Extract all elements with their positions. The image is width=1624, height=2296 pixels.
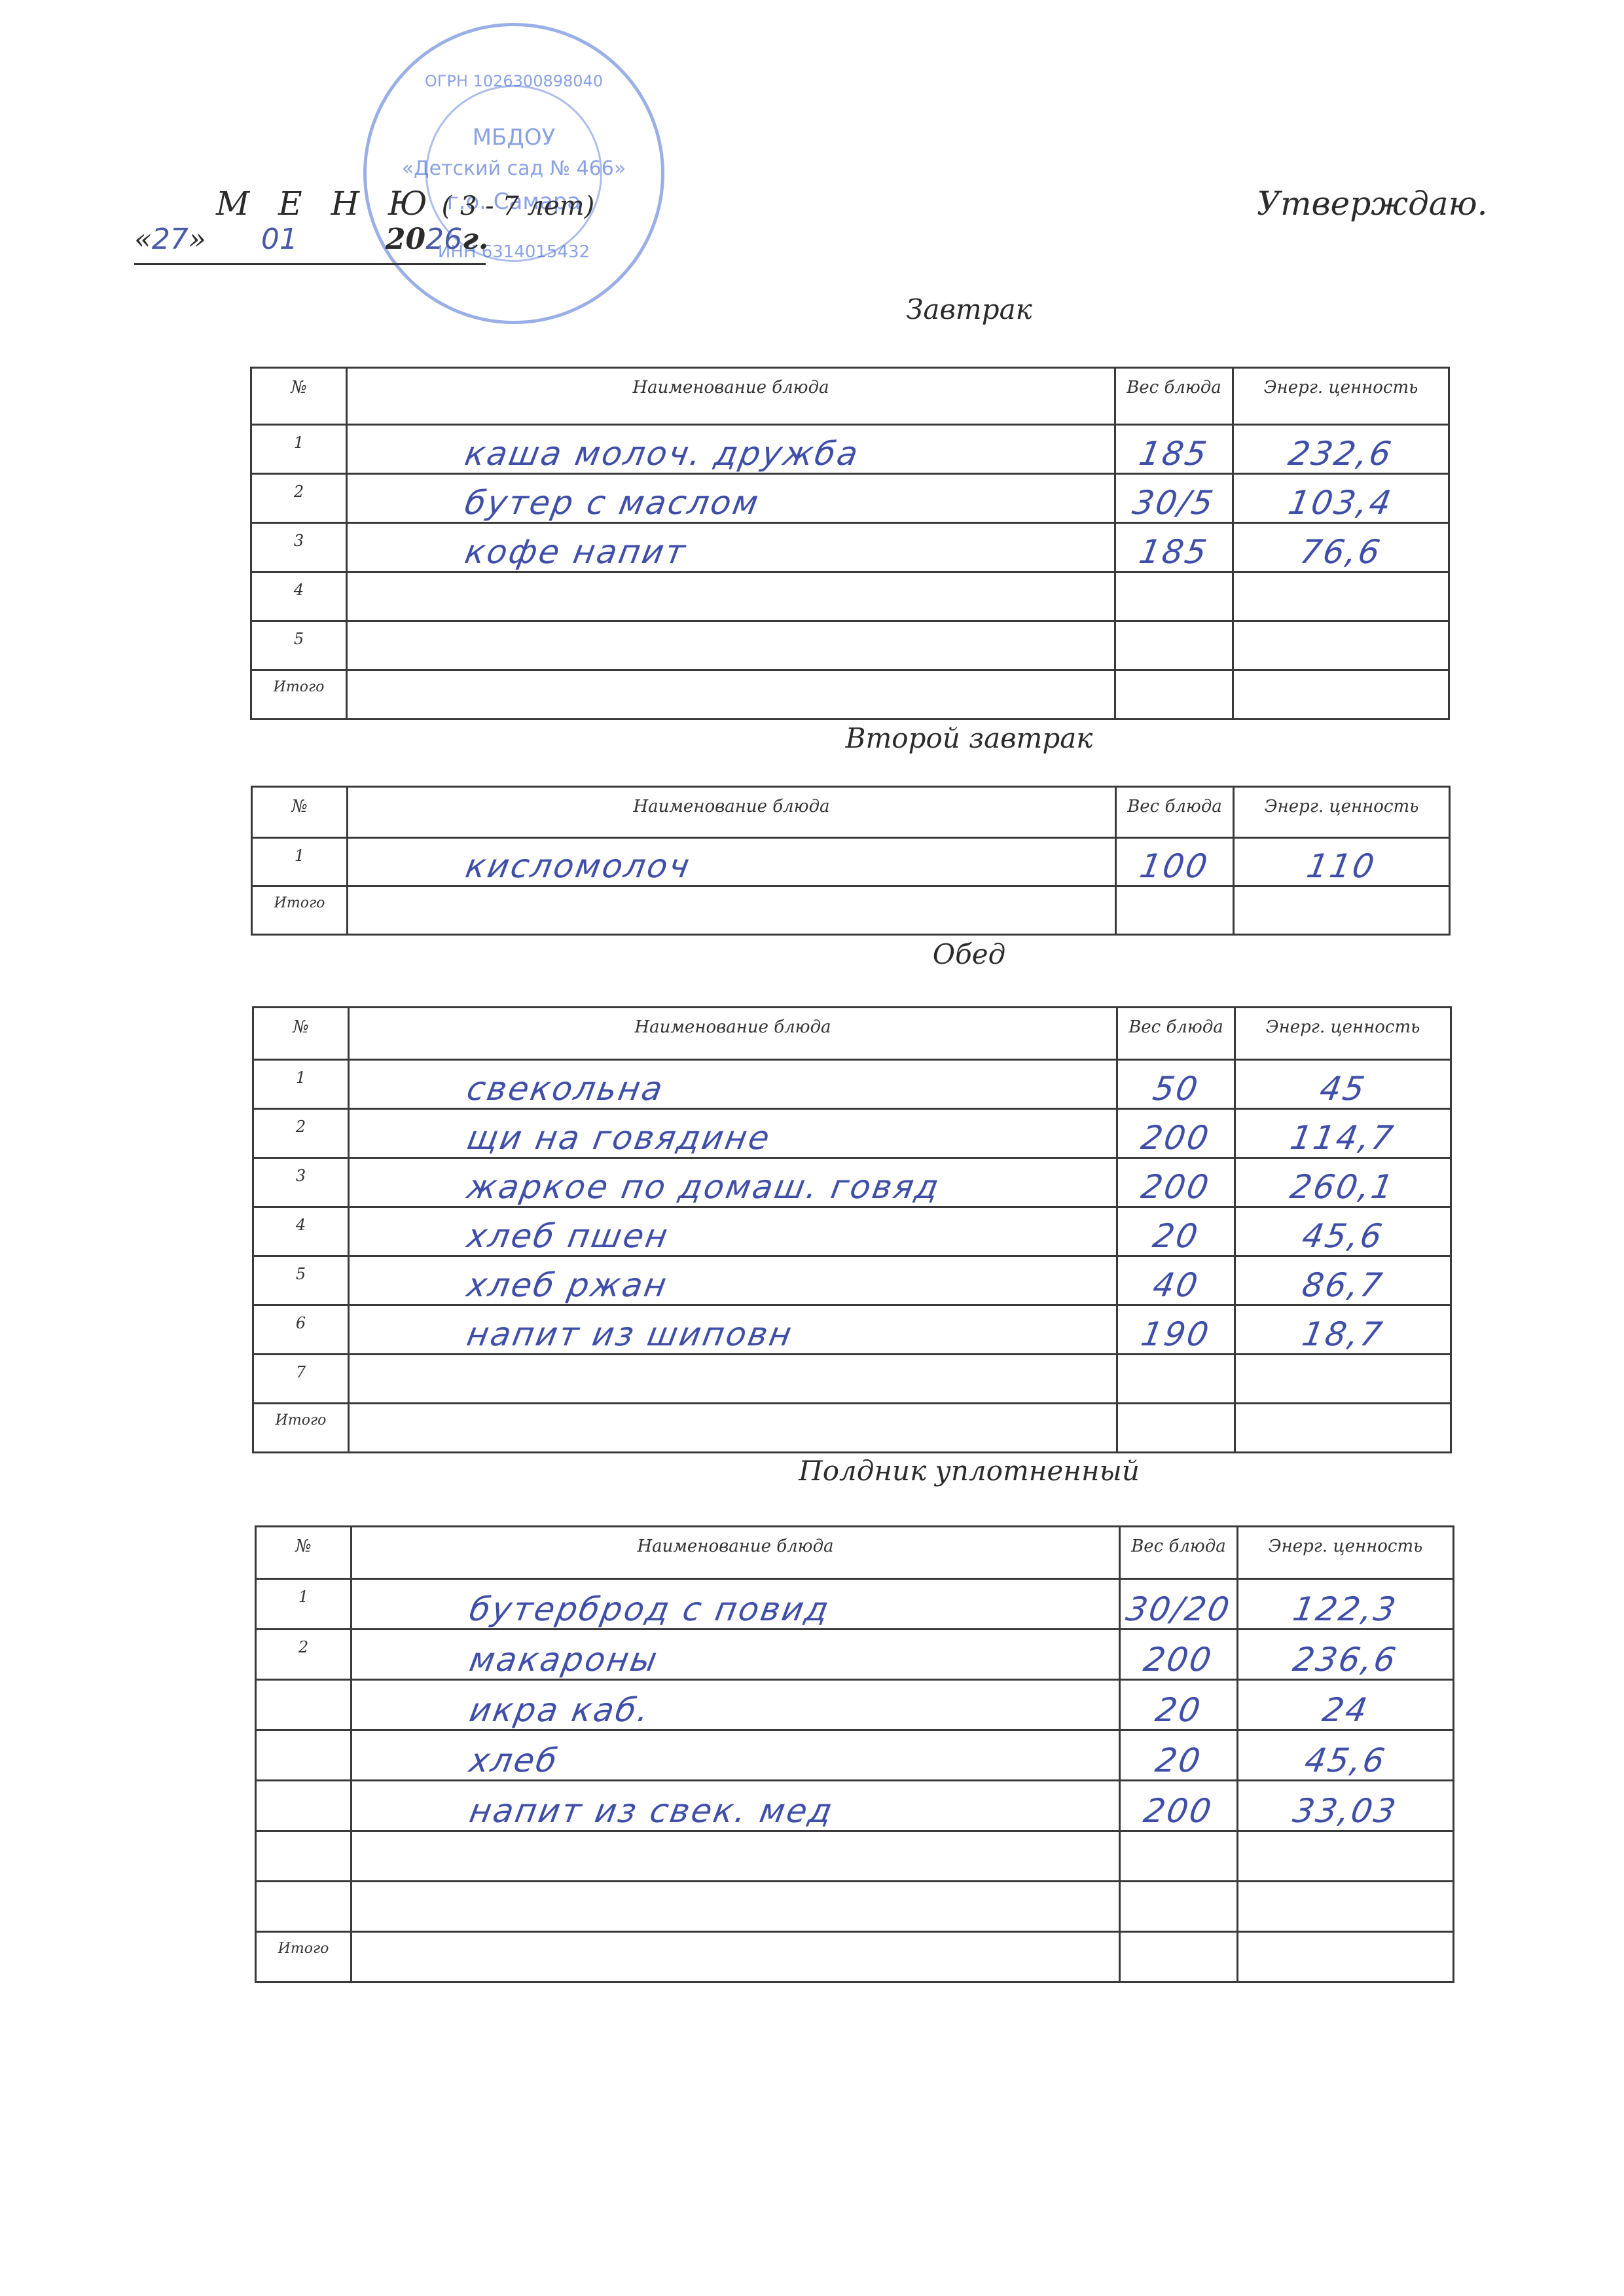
dish-name: бутер с маслом	[462, 484, 763, 522]
dish-weight: 200	[1141, 1641, 1216, 1679]
dish-energy-cell[interactable]: 232,6	[1233, 425, 1449, 474]
dish-weight-cell[interactable]: 50	[1117, 1060, 1235, 1109]
date-day: 27	[152, 223, 189, 256]
total-weight-cell[interactable]	[1116, 886, 1234, 935]
date-underline	[134, 263, 486, 265]
column-header-name: Наименование блюда	[348, 787, 1116, 838]
menu-table: №Наименование блюдаВес блюдаЭнерг. ценно…	[252, 1006, 1452, 1453]
column-header-energy: Энерг. ценность	[1233, 368, 1449, 425]
column-header-num: №	[256, 1527, 352, 1579]
dish-name-cell[interactable]: макароны	[352, 1630, 1120, 1680]
table-row: хлеб2045,6	[256, 1730, 1454, 1781]
dish-weight-cell[interactable]: 190	[1117, 1305, 1235, 1355]
table-row	[256, 1882, 1454, 1932]
dish-name-cell[interactable]: каша молоч. дружба	[347, 425, 1115, 474]
total-row: Итого	[253, 1404, 1451, 1453]
total-label: Итого	[253, 1404, 349, 1453]
dish-weight: 100	[1137, 847, 1212, 885]
date-year-label: г.	[462, 223, 488, 256]
column-header-energy: Энерг. ценность	[1238, 1527, 1454, 1579]
dish-name-cell[interactable]	[347, 621, 1115, 670]
dish-name-cell[interactable]: кисломолоч	[348, 838, 1116, 886]
dish-name: напит из шиповн	[464, 1315, 796, 1353]
total-label: Итого	[252, 886, 348, 935]
row-number	[256, 1730, 352, 1781]
row-number: 1	[256, 1579, 352, 1630]
dish-weight-cell[interactable]: 200	[1120, 1630, 1238, 1680]
date-open-quote: «	[134, 223, 152, 256]
dish-weight-cell[interactable]	[1117, 1355, 1235, 1404]
dish-weight-cell[interactable]: 30/5	[1115, 474, 1233, 523]
dish-name-cell[interactable]: бутерброд с повид	[352, 1579, 1120, 1630]
dish-energy-cell[interactable]: 45	[1235, 1060, 1451, 1109]
date-month: 01	[261, 223, 298, 256]
column-header-weight: Вес блюда	[1115, 368, 1233, 425]
dish-weight: 40	[1150, 1266, 1202, 1304]
row-number: 1	[253, 1060, 349, 1109]
dish-name-cell[interactable]	[352, 1831, 1120, 1882]
dish-name-cell[interactable]	[352, 1882, 1120, 1932]
dish-weight-cell[interactable]: 30/20	[1120, 1579, 1238, 1630]
official-stamp: ОГРН 1026300898040 МБДОУ «Детский сад № …	[363, 23, 664, 324]
dish-name-cell[interactable]: хлеб	[352, 1730, 1120, 1781]
dish-weight: 20	[1153, 1741, 1205, 1779]
total-weight-cell[interactable]	[1120, 1932, 1238, 1982]
column-header-energy: Энерг. ценность	[1235, 1008, 1451, 1060]
dish-name-cell[interactable]: свекольна	[349, 1060, 1117, 1109]
dish-name-cell[interactable]: хлеб ржан	[349, 1256, 1117, 1305]
dish-energy-cell[interactable]: 103,4	[1233, 474, 1449, 523]
total-weight-cell[interactable]	[1117, 1404, 1235, 1453]
table-row: 2макароны200236,6	[256, 1630, 1454, 1680]
column-header-num: №	[253, 1008, 349, 1060]
dish-name-cell[interactable]: хлеб пшен	[349, 1207, 1117, 1256]
dish-energy: 18,7	[1299, 1315, 1387, 1353]
column-header-name: Наименование блюда	[349, 1008, 1117, 1060]
dish-weight-cell[interactable]: 200	[1117, 1158, 1235, 1207]
dish-weight-cell[interactable]	[1120, 1882, 1238, 1932]
dish-energy: 45,6	[1302, 1741, 1390, 1779]
dish-energy: 110	[1304, 847, 1379, 885]
dish-weight: 20	[1153, 1691, 1205, 1729]
dish-weight-cell[interactable]: 185	[1115, 425, 1233, 474]
dish-energy-cell[interactable]: 45,6	[1238, 1730, 1454, 1781]
total-energy-cell[interactable]	[1234, 886, 1450, 935]
total-name-cell[interactable]	[348, 886, 1116, 935]
dish-weight: 30/20	[1123, 1590, 1234, 1628]
dish-energy-cell[interactable]	[1238, 1831, 1454, 1882]
column-header-weight: Вес блюда	[1116, 787, 1234, 838]
total-energy-cell[interactable]	[1235, 1404, 1451, 1453]
dish-energy-cell[interactable]	[1233, 572, 1449, 621]
dish-weight: 20	[1150, 1217, 1202, 1255]
table-row: 2щи на говядине200114,7	[253, 1109, 1451, 1158]
table-row: 1бутерброд с повид30/20122,3	[256, 1579, 1454, 1630]
dish-name: хлеб пшен	[464, 1217, 672, 1255]
dish-energy: 33,03	[1290, 1792, 1400, 1830]
row-number: 1	[251, 425, 347, 474]
table-row: напит из свек. мед20033,03	[256, 1781, 1454, 1831]
date-year-prefix: 20	[386, 223, 425, 256]
dish-weight-cell[interactable]: 100	[1116, 838, 1234, 886]
stamp-center-line2: «Детский сад № 466»	[367, 157, 661, 180]
table-row: 4	[251, 572, 1449, 621]
dish-energy: 232,6	[1286, 435, 1396, 473]
row-number	[256, 1680, 352, 1730]
dish-name: жаркое по домаш. говяд	[464, 1168, 943, 1206]
row-number	[256, 1781, 352, 1831]
row-number	[256, 1831, 352, 1882]
dish-weight-cell[interactable]	[1115, 621, 1233, 670]
menu-title: М Е Н Ю( 3 - 7 лет)	[216, 185, 594, 223]
stamp-ogrn: ОГРН 1026300898040	[367, 72, 661, 90]
dish-name: кисломолоч	[463, 847, 694, 885]
row-number: 1	[252, 838, 348, 886]
section-title: Завтрак	[157, 293, 1624, 325]
menu-table: №Наименование блюдаВес блюдаЭнерг. ценно…	[255, 1525, 1454, 1983]
dish-energy: 236,6	[1290, 1641, 1400, 1679]
dish-weight-cell[interactable]: 200	[1120, 1781, 1238, 1831]
total-energy-cell[interactable]	[1238, 1932, 1454, 1982]
total-name-cell[interactable]	[352, 1932, 1120, 1982]
dish-name: хлеб ржан	[464, 1266, 671, 1304]
dish-name: свекольна	[464, 1070, 668, 1108]
row-number	[256, 1882, 352, 1932]
dish-weight: 200	[1138, 1119, 1214, 1157]
table-row: 1кисломолоч100110	[252, 838, 1450, 886]
row-number: 7	[253, 1355, 349, 1404]
dish-energy-cell[interactable]: 33,03	[1238, 1781, 1454, 1831]
dish-weight-cell[interactable]: 200	[1117, 1109, 1235, 1158]
dish-name: напит из свек. мед	[467, 1792, 837, 1830]
date-field: «27» 01 2026г.	[134, 223, 488, 256]
table-row: 7	[253, 1355, 1451, 1404]
dish-weight-cell[interactable]	[1120, 1831, 1238, 1882]
row-number: 4	[253, 1207, 349, 1256]
dish-weight-cell[interactable]	[1115, 572, 1233, 621]
stamp-center-line1: МБДОУ	[367, 124, 661, 151]
dish-name-cell[interactable]: напит из шиповн	[349, 1305, 1117, 1355]
dish-name-cell[interactable]: икра каб.	[352, 1680, 1120, 1730]
dish-energy-cell[interactable]: 110	[1234, 838, 1450, 886]
table-row: 1свекольна5045	[253, 1060, 1451, 1109]
row-number: 4	[251, 572, 347, 621]
dish-name-cell[interactable]: жаркое по домаш. говяд	[349, 1158, 1117, 1207]
approve-label: Утверждаю.	[1257, 185, 1488, 223]
section-title: Полдник уплотненный	[157, 1455, 1624, 1487]
dish-weight: 200	[1141, 1792, 1216, 1830]
total-label: Итого	[256, 1932, 352, 1982]
dish-weight-cell[interactable]: 20	[1120, 1730, 1238, 1781]
dish-weight: 185	[1136, 435, 1212, 473]
table-header-row: №Наименование блюдаВес блюдаЭнерг. ценно…	[253, 1008, 1451, 1060]
total-name-cell[interactable]	[349, 1404, 1117, 1453]
dish-energy: 45,6	[1299, 1217, 1387, 1255]
dish-energy-cell[interactable]: 114,7	[1235, 1109, 1451, 1158]
table-row: 2бутер с маслом30/5103,4	[251, 474, 1449, 523]
column-header-weight: Вес блюда	[1120, 1527, 1238, 1579]
row-number: 2	[251, 474, 347, 523]
dish-weight: 50	[1150, 1070, 1202, 1108]
dish-name: макароны	[467, 1641, 662, 1679]
dish-energy-cell[interactable]: 122,3	[1238, 1579, 1454, 1630]
date-year-suffix: 26	[425, 223, 462, 256]
table-row: 5хлеб ржан4086,7	[253, 1256, 1451, 1305]
dish-energy: 45	[1317, 1070, 1369, 1108]
column-header-name: Наименование блюда	[352, 1527, 1120, 1579]
dish-name: щи на говядине	[464, 1119, 774, 1157]
section-title: Второй завтрак	[157, 722, 1624, 754]
column-header-energy: Энерг. ценность	[1234, 787, 1450, 838]
table-row: 3кофе напит18576,6	[251, 523, 1449, 572]
dish-energy: 103,4	[1286, 484, 1396, 522]
table-row: икра каб.2024	[256, 1680, 1454, 1730]
dish-energy-cell[interactable]: 86,7	[1235, 1256, 1451, 1305]
date-close-quote: »	[189, 223, 206, 256]
dish-energy-cell[interactable]	[1233, 621, 1449, 670]
age-range: ( 3 - 7 лет)	[442, 191, 595, 221]
section-title: Обед	[157, 938, 1624, 970]
dish-weight: 200	[1138, 1168, 1214, 1206]
dish-name: икра каб.	[467, 1691, 654, 1729]
dish-name: бутерброд с повид	[467, 1590, 833, 1628]
dish-weight: 185	[1136, 533, 1212, 571]
dish-energy: 86,7	[1299, 1266, 1387, 1304]
total-row: Итого	[256, 1932, 1454, 1982]
row-number: 3	[251, 523, 347, 572]
menu-table: №Наименование блюдаВес блюдаЭнерг. ценно…	[250, 367, 1450, 720]
row-number: 2	[256, 1630, 352, 1680]
dish-name-cell[interactable]: бутер с маслом	[347, 474, 1115, 523]
table-header-row: №Наименование блюдаВес блюдаЭнерг. ценно…	[251, 368, 1449, 425]
dish-weight-cell[interactable]: 20	[1117, 1207, 1235, 1256]
table-row: 6напит из шиповн19018,7	[253, 1305, 1451, 1355]
dish-weight-cell[interactable]: 40	[1117, 1256, 1235, 1305]
table-header-row: №Наименование блюдаВес блюдаЭнерг. ценно…	[252, 787, 1450, 838]
dish-energy: 114,7	[1288, 1119, 1398, 1157]
total-energy-cell[interactable]	[1233, 670, 1449, 720]
dish-name: каша молоч. дружба	[462, 435, 863, 473]
column-header-num: №	[252, 787, 348, 838]
dish-name-cell[interactable]: напит из свек. мед	[352, 1781, 1120, 1831]
table-row: 5	[251, 621, 1449, 670]
total-row: Итого	[251, 670, 1449, 720]
column-header-num: №	[251, 368, 347, 425]
table-row	[256, 1831, 1454, 1882]
dish-energy-cell[interactable]	[1235, 1355, 1451, 1404]
dish-weight-cell[interactable]: 185	[1115, 523, 1233, 572]
column-header-weight: Вес блюда	[1117, 1008, 1235, 1060]
dish-energy: 122,3	[1290, 1590, 1400, 1628]
row-number: 6	[253, 1305, 349, 1355]
dish-energy-cell[interactable]: 236,6	[1238, 1630, 1454, 1680]
table-row: 4хлеб пшен2045,6	[253, 1207, 1451, 1256]
row-number: 3	[253, 1158, 349, 1207]
dish-name-cell[interactable]: кофе напит	[347, 523, 1115, 572]
dish-weight: 30/5	[1130, 484, 1218, 522]
dish-energy-cell[interactable]: 18,7	[1235, 1305, 1451, 1355]
total-label: Итого	[251, 670, 347, 720]
dish-weight: 190	[1138, 1315, 1214, 1353]
dish-weight-cell[interactable]: 20	[1120, 1680, 1238, 1730]
row-number: 5	[253, 1256, 349, 1305]
row-number: 5	[251, 621, 347, 670]
dish-energy-cell[interactable]: 76,6	[1233, 523, 1449, 572]
dish-name-cell[interactable]	[347, 572, 1115, 621]
dish-energy-cell[interactable]	[1238, 1882, 1454, 1932]
dish-name: кофе напит	[462, 533, 690, 571]
total-row: Итого	[252, 886, 1450, 935]
column-header-name: Наименование блюда	[347, 368, 1115, 425]
dish-energy-cell[interactable]: 45,6	[1235, 1207, 1451, 1256]
dish-energy: 24	[1320, 1691, 1372, 1729]
dish-name-cell[interactable]	[349, 1355, 1117, 1404]
dish-name-cell[interactable]: щи на говядине	[349, 1109, 1117, 1158]
dish-energy-cell[interactable]: 260,1	[1235, 1158, 1451, 1207]
table-row: 1каша молоч. дружба185232,6	[251, 425, 1449, 474]
total-weight-cell[interactable]	[1115, 670, 1233, 720]
dish-name: хлеб	[467, 1741, 562, 1779]
menu-title-text: М Е Н Ю	[216, 185, 437, 223]
dish-energy: 260,1	[1288, 1168, 1398, 1206]
row-number: 2	[253, 1109, 349, 1158]
dish-energy: 76,6	[1297, 533, 1385, 571]
menu-table: №Наименование блюдаВес блюдаЭнерг. ценно…	[251, 786, 1451, 936]
total-name-cell[interactable]	[347, 670, 1115, 720]
dish-energy-cell[interactable]: 24	[1238, 1680, 1454, 1730]
table-row: 3жаркое по домаш. говяд200260,1	[253, 1158, 1451, 1207]
table-header-row: №Наименование блюдаВес блюдаЭнерг. ценно…	[256, 1527, 1454, 1579]
